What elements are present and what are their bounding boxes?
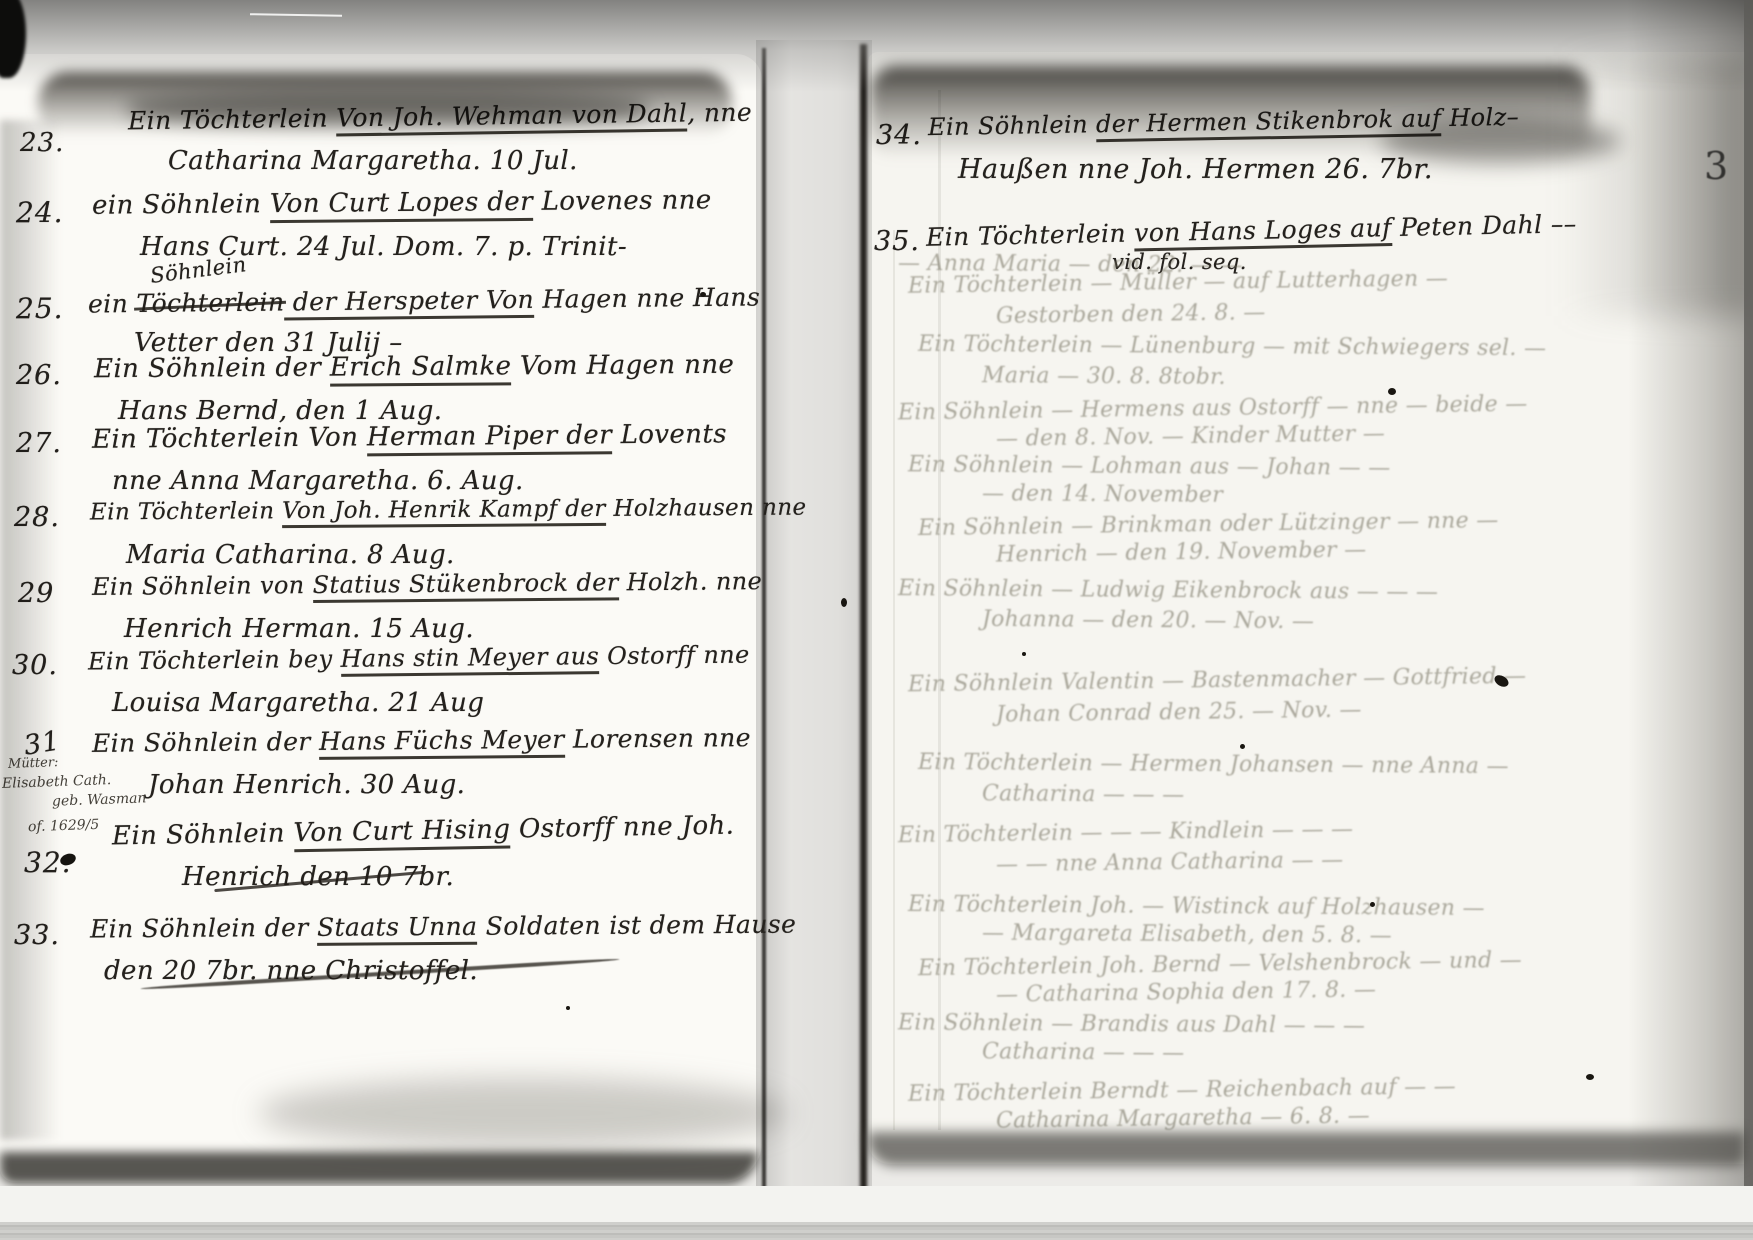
entry-text: Vom Hagen nne: [511, 350, 734, 382]
left-page-edge-line: [762, 48, 766, 1188]
faded-line: Ein Töchterlein — Hermen Johansen — nne …: [918, 750, 1509, 779]
ink-speck: [1388, 388, 1396, 395]
entry-line-secondary: Haußen nne Joh. Hermen 26. 7br.: [958, 154, 1433, 185]
entry-text: Ostorff nne: [599, 641, 750, 671]
entry-text: Ostorff nne Joh.: [510, 811, 734, 845]
entry-text-underlined: der Herspeter Von: [284, 285, 534, 321]
faded-line: — — nne Anna Catharina — —: [996, 848, 1344, 878]
scan-right-edge-dark: [1744, 0, 1753, 1240]
entry-line-secondary: Henrich Herman. 15 Aug.: [124, 614, 474, 644]
entry-line-secondary: nne Anna Margaretha. 6. Aug.: [112, 466, 524, 496]
entry-text: Peten Dahl ––: [1391, 209, 1576, 242]
faded-line: Catharina Margaretha — 6. 8. —: [996, 1103, 1370, 1133]
left-page-bottom-blotch: [258, 1078, 788, 1148]
right-page-fold-line: [860, 44, 867, 1194]
entry-text: ein Söhnlein: [92, 189, 270, 221]
faded-line: Catharina — — —: [982, 781, 1185, 807]
entry-line: Ein Söhnlein von Statius Stükenbrock der…: [92, 567, 762, 601]
entry-text-underlined: Von Curt Hising: [293, 814, 510, 852]
entry-text: Ein Töchterlein: [926, 218, 1135, 251]
entry-text: Lorensen nne: [564, 723, 751, 754]
entry-text-underlined: Erich Salmke: [330, 351, 512, 386]
faded-line: — den 14. November: [982, 481, 1223, 508]
faded-line: Catharina — — —: [982, 1039, 1185, 1065]
entry-text: Ein Töchterlein Von: [92, 422, 367, 454]
entry-text-underlined: Von Curt Lopes der: [270, 187, 533, 223]
ink-speck: [1370, 902, 1375, 907]
faded-line: Ein Söhnlein — Lohman aus — Johan — —: [908, 452, 1391, 480]
scan-bottom-band: [0, 1222, 1753, 1240]
entry-text-underlined: Hans stin Meyer aus: [340, 642, 599, 677]
entry-text-underlined: Staats Unna: [317, 912, 478, 946]
entry-line: Ein Töchterlein Von Joh. Henrik Kampf de…: [90, 494, 807, 525]
entry-text: Ein Töchterlein bey: [88, 645, 341, 676]
gutter-shadow: [756, 40, 872, 1190]
entry-text-underlined: Herman Piper der: [367, 420, 612, 456]
scan-bottom-white-strip: [0, 1186, 1753, 1224]
ink-speck: [700, 292, 706, 297]
entry-text: Holzh. nne: [619, 567, 763, 596]
register-scan: 23. Ein Töchterlein Von Joh. Wehman von …: [0, 0, 1753, 1240]
faded-line: Johan Conrad den 25. — Nov. —: [996, 697, 1362, 727]
entry-text: Soldaten ist dem Hause: [477, 910, 796, 941]
ink-speck: [841, 598, 847, 607]
entry-text: Hagen nne Hans: [534, 282, 760, 313]
entry-text-underlined: Hans Füchs Meyer: [319, 725, 565, 760]
faded-line: Maria — 30. 8. 8tobr.: [982, 363, 1226, 390]
ink-speck: [1240, 744, 1245, 749]
entry-line: ein Söhnlein Von Curt Lopes der Lovenes …: [92, 185, 712, 220]
entry-text: ein: [88, 289, 137, 319]
ink-speck: [1022, 652, 1026, 656]
entry-text-underlined: Statius Stükenbrock der: [313, 568, 619, 603]
entry-text: Lovenes nne: [533, 185, 712, 217]
entry-line-secondary: Maria Catharina. 8 Aug.: [126, 540, 455, 570]
right-page-margin-rule: [893, 230, 895, 1130]
entry-line-secondary: Johan Henrich. 30 Aug.: [148, 770, 465, 800]
smudge-left-page-core: [128, 92, 648, 126]
entry-text: Holzhausen nne: [606, 494, 807, 521]
entry-text: Lovents: [612, 419, 727, 450]
right-page-bottom-edge: [868, 1132, 1746, 1166]
faded-line: — Catharina Sophia den 17. 8. —: [996, 977, 1376, 1007]
entry-text-underlined: Von Joh. Henrik Kampf der: [282, 496, 606, 528]
faded-line: Henrich — den 19. November —: [996, 537, 1367, 567]
entry-line: Ein Töchterlein Von Herman Piper der Lov…: [92, 419, 727, 455]
ink-speck: [1586, 1074, 1594, 1080]
scan-right-edge: [1628, 0, 1753, 1240]
faded-line: — Margareta Elisabeth, den 5. 8. —: [982, 921, 1392, 949]
entry-text-struck: Töchterlein: [136, 287, 284, 318]
entry-line: Ein Söhnlein der Hans Füchs Meyer Lorens…: [92, 723, 751, 758]
left-page-bottom-edge: [0, 1152, 758, 1184]
faded-line: Johanna — den 20. — Nov. —: [982, 607, 1314, 634]
entry-text-underlined: von Hans Loges auf: [1134, 213, 1392, 251]
faded-line: Ein Töchterlein Joh. — Wistinck auf Holz…: [908, 892, 1485, 921]
faded-line: Ein Söhnlein — Brandis aus Dahl — — —: [898, 1010, 1365, 1038]
entry-text: Ein Söhnlein von: [92, 571, 313, 601]
entry-text: Ein Söhnlein der: [90, 913, 317, 944]
entry-text: Ein Söhnlein der: [94, 353, 330, 385]
faded-line: Ein Söhnlein — Ludwig Eikenbrock aus — —…: [898, 576, 1438, 605]
entry-line: Ein Söhnlein der Staats Unna Soldaten is…: [90, 910, 796, 944]
ink-speck: [566, 1006, 570, 1010]
entry-text: Ein Töchterlein: [90, 498, 282, 525]
entry-text: Ein Söhnlein: [112, 818, 294, 851]
margin-note-line: geb. Wasman: [52, 790, 147, 809]
entry-line-secondary: Louisa Margaretha. 21 Aug: [112, 688, 484, 718]
faded-line: Gestorben den 24. 8. —: [996, 300, 1266, 329]
faded-line: Ein Töchterlein — Lünenburg — mit Schwie…: [918, 332, 1546, 361]
entry-text: Ein Söhnlein der: [92, 727, 319, 758]
entry-line-secondary: Catharina Margaretha. 10 Jul.: [168, 146, 578, 176]
entry-line: Ein Söhnlein der Erich Salmke Vom Hagen …: [94, 350, 734, 384]
scan-left-edge: [0, 120, 60, 1140]
